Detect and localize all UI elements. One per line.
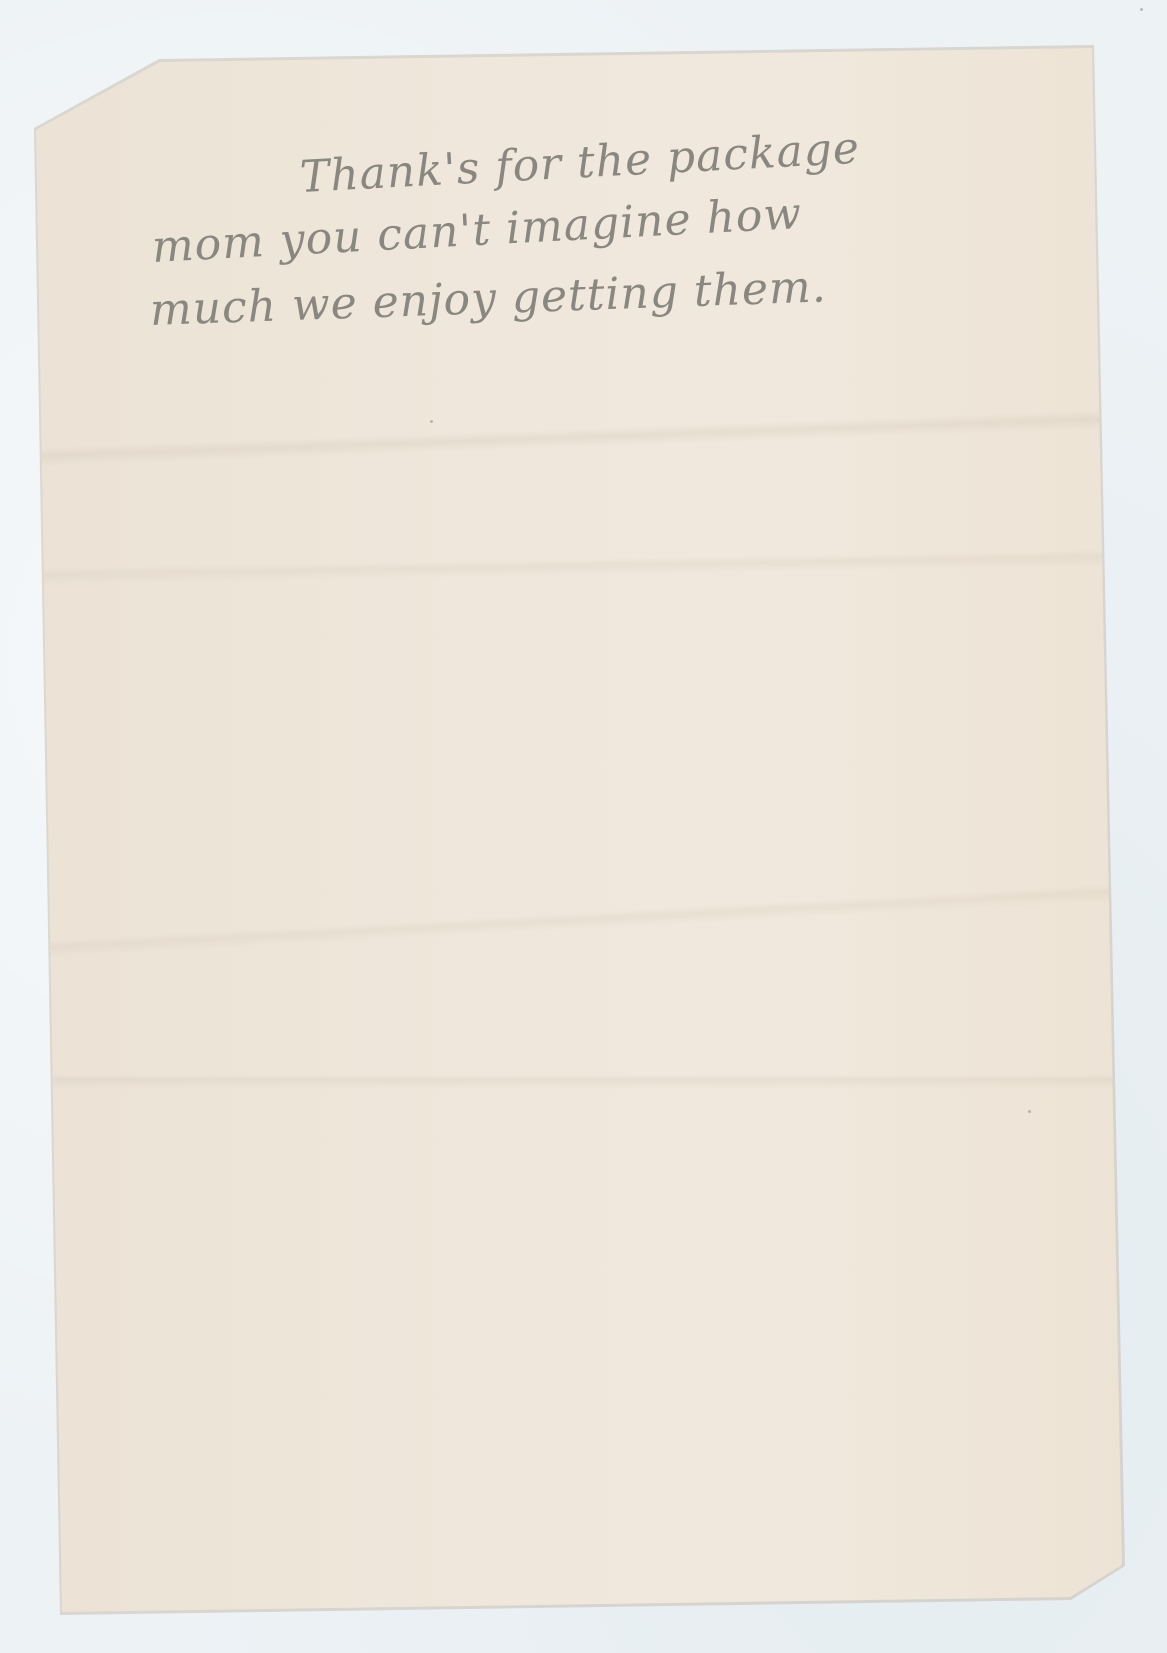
paper-speck xyxy=(430,420,433,423)
paper-speck xyxy=(1028,1110,1031,1113)
scan-speck xyxy=(1140,8,1143,11)
